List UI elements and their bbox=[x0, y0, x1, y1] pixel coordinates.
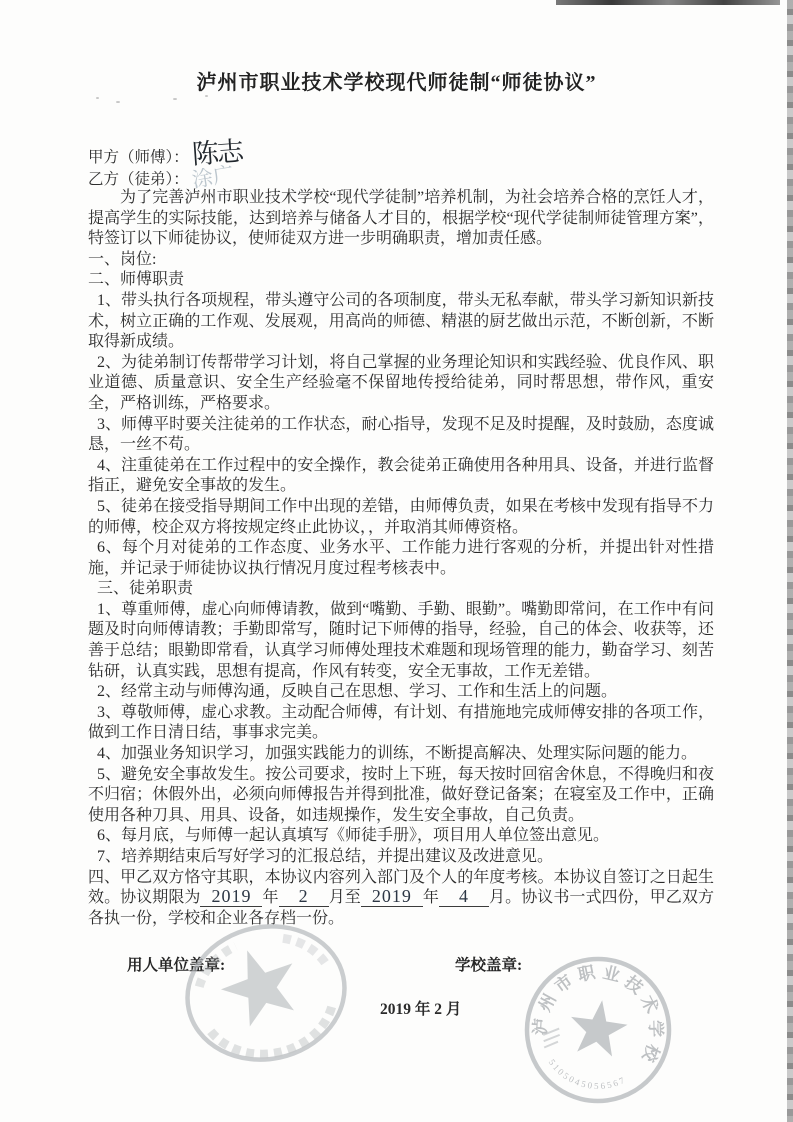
school-stamp: 泸州市职业技术学校 5105045056567 bbox=[501, 933, 695, 1122]
section3-item: 1、尊重师傅，虚心向师傅请教，做到“嘴勤、手勤、眼勤”。嘴勤即常问，在工作中有问… bbox=[88, 600, 714, 682]
handwritten-end-month: 4 bbox=[459, 886, 469, 906]
section3-heading: 三、徒弟职责 bbox=[88, 579, 714, 600]
scan-speckle bbox=[173, 98, 177, 100]
employer-stamp-illegible-text-bottom bbox=[211, 1006, 340, 1066]
employer-stamp-ring bbox=[175, 912, 357, 1074]
month-to-label: 月至 bbox=[329, 889, 361, 906]
handwritten-start-month: 2 bbox=[299, 886, 309, 906]
employer-stamp-star bbox=[211, 937, 307, 1031]
scan-edge-artifact-top bbox=[556, 0, 780, 5]
school-stamp-ring bbox=[512, 944, 684, 1116]
page-title: 泸州市职业技术学校现代师徒制“师徒协议” bbox=[0, 66, 793, 95]
section2-item: 4、注重徒弟在工作过程中的安全操作，教会徒弟正确使用各种用具、设备，并进行监督指… bbox=[88, 456, 714, 497]
school-stamp-number: 5105045056567 bbox=[543, 1056, 629, 1099]
scan-speckle bbox=[205, 95, 208, 97]
employer-stamp-illegible-text-right bbox=[283, 930, 328, 975]
section2-item: 5、徒弟在接受指导期间工作中出现的差错，由师傅负责，如果在考核中发现有指导不力的… bbox=[88, 497, 714, 538]
intro-paragraph: 为了完善泸州市职业技术学校“现代学徒制”培养机制，为社会培养合格的烹饪人才，提高… bbox=[88, 188, 714, 250]
section1-heading: 一、岗位: bbox=[88, 250, 714, 271]
school-stamp-star bbox=[566, 996, 630, 1058]
school-stamp-text: 泸州市职业技术学校 bbox=[528, 949, 681, 1067]
section2-heading: 二、师傅职责 bbox=[88, 270, 714, 291]
section3-item: 6、每月底，与师傅一起认真填写《师徒手册》，项目用人单位签出意见。 bbox=[88, 826, 714, 847]
section2-item: 2、为徒弟制订传帮带学习计划，将自己掌握的业务理论知识和实践经验、优良作风、职业… bbox=[88, 353, 714, 415]
section2-item: 3、师傅平时要关注徒弟的工作状态，耐心指导，发现不足及时提醒，及时鼓励，态度诚恳… bbox=[88, 415, 714, 456]
party-a-label: 甲方（师傅）： bbox=[88, 149, 189, 166]
school-stamp-smudge bbox=[540, 1025, 561, 1050]
year-unit-label2: 年 bbox=[423, 889, 439, 906]
scan-edge-artifact-right bbox=[787, 0, 793, 1122]
scan-speckle bbox=[116, 101, 120, 103]
scan-speckle bbox=[96, 97, 99, 99]
party-b-label: 乙方（徒弟）： bbox=[88, 171, 189, 188]
section2-item: 1、带头执行各项规程，带头遵守公司的各项制度，带头无私奉献，带头学习新知识新技术… bbox=[88, 291, 714, 353]
employer-seal-label: 用人单位盖章: bbox=[127, 953, 225, 975]
signing-date: 2019 年 2 月 bbox=[380, 997, 461, 1019]
year-unit-label: 年 bbox=[262, 889, 278, 906]
section3-item: 4、加强业务知识学习，加强实践能力的训练，不断提高解决、处理实际问题的能力。 bbox=[88, 744, 714, 765]
scanned-agreement-page: 泸州市职业技术学校现代师徒制“师徒协议” 甲方（师傅）：陈志 乙方（徒弟）：涂广… bbox=[0, 0, 793, 1122]
section3-item: 2、经常主动与师傅沟通，反映自己在思想、学习、工作和生活上的问题。 bbox=[88, 682, 714, 703]
school-seal-label: 学校盖章: bbox=[455, 953, 522, 975]
section4-paragraph: 四、甲乙双方恪守其职，本协议内容列入部门及个人的年度考核。本协议自签订之日起生效… bbox=[88, 868, 714, 930]
section3-item: 3、尊敬师傅，虚心求教。主动配合师傅，有计划、有措施地完成师傅安排的各项工作，做… bbox=[88, 703, 714, 744]
section3-item: 7、培养期结束后写好学习的汇报总结，并提出建议及改进意见。 bbox=[88, 847, 714, 868]
parties-block: 甲方（师傅）：陈志 乙方（徒弟）：涂广 bbox=[88, 140, 242, 194]
section3-item: 5、避免安全事故发生。按公司要求，按时上下班，每天按时回宿舍休息，不得晚归和夜不… bbox=[88, 765, 714, 827]
agreement-body: 为了完善泸州市职业技术学校“现代学徒制”培养机制，为社会培养合格的烹饪人才，提高… bbox=[88, 188, 714, 929]
handwritten-start-year: 2019 bbox=[211, 886, 251, 906]
section2-item: 6、每个月对徒弟的工作态度、业务水平、工作能力进行客观的分析，并提出针对性措施，… bbox=[88, 538, 714, 579]
handwritten-end-year: 2019 bbox=[372, 886, 412, 906]
